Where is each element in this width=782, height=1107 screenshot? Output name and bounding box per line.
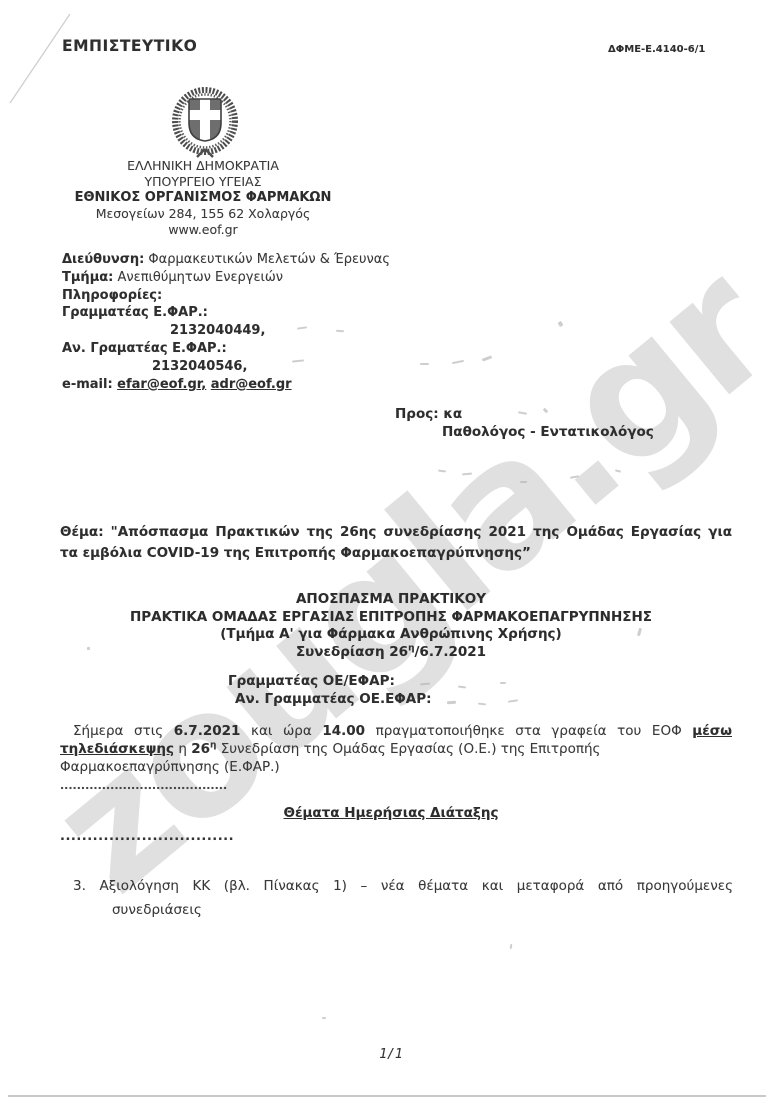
redaction-artifact bbox=[500, 682, 506, 684]
body-paragraph-line-2: τηλεδιάσκεψης η 26η Συνεδρίαση της Ομάδα… bbox=[60, 740, 732, 758]
letterhead: ΕΛΛΗΝΙΚΗ ΔΗΜΟΚΡΑΤΙΑ ΥΠΟΥΡΓΕΙΟ ΥΓΕΙΑΣ ΕΘΝ… bbox=[59, 158, 347, 238]
letterhead-website: www.eof.gr bbox=[59, 222, 347, 238]
redaction-artifact bbox=[615, 469, 621, 472]
redaction-artifact bbox=[322, 1017, 326, 1019]
minutes-header: ΑΠΟΣΠΑΣΜΑ ΠΡΑΚΤΙΚΟΥ ΠΡΑΚΤΙΚΑ ΟΜΑΔΑΣ ΕΡΓΑ… bbox=[0, 591, 782, 661]
contact-department: Τμήμα: Ανεπιθύμητων Ενεργειών bbox=[62, 269, 492, 287]
contact-info-label: Πληροφορίες: bbox=[62, 287, 492, 305]
body-paragraph-line-1: Σήμερα στις 6.7.2021 και ώρα 14.00 πραγμ… bbox=[73, 722, 732, 740]
redaction-artifact bbox=[87, 647, 90, 650]
body-paragraph-line-3: Φαρμακοεπαγρύπνησης (Ε.ΦΑΡ.) bbox=[60, 758, 732, 776]
redaction-artifact bbox=[438, 469, 446, 472]
letterhead-address: Μεσογείων 284, 155 62 Χολαργός bbox=[59, 206, 347, 222]
contact-directorate: Διεύθυνση: Φαρμακευτικών Μελετών & Έρευν… bbox=[62, 251, 492, 269]
confidential-stamp: ΕΜΠΙΣΤΕΥΤΙΚΟ bbox=[62, 37, 197, 55]
email-secondary: adr@eof.gr bbox=[211, 377, 292, 392]
redaction-artifact bbox=[570, 475, 579, 479]
minutes-title: ΑΠΟΣΠΑΣΜΑ ΠΡΑΚΤΙΚΟΥ bbox=[0, 591, 782, 609]
contact-secretary-label: Γραμματέας Ε.ΦΑΡ.: bbox=[62, 304, 492, 322]
minutes-section: (Τμήμα Α' για Φάρμακα Ανθρώπινης Χρήσης) bbox=[0, 626, 782, 644]
page-number: 1/1 bbox=[0, 1047, 782, 1062]
minutes-deputy-secretary-label: Αν. Γραμματέας ΟΕ.ΕΦΑΡ: bbox=[235, 691, 432, 707]
redaction-artifact bbox=[458, 685, 466, 688]
letterhead-organization: ΕΘΝΙΚΟΣ ΟΡΓΑΝΙΣΜΟΣ ΦΑΡΜΑΚΩΝ bbox=[59, 190, 347, 206]
greek-coat-of-arms-icon bbox=[170, 87, 240, 161]
subject-line-1: Θέμα: "Απόσπασμα Πρακτικών της 26ης συνε… bbox=[60, 524, 732, 540]
recipient-block: Προς: κα Παθολόγος - Εντατικολόγος bbox=[395, 405, 654, 441]
redaction-artifact bbox=[420, 683, 430, 686]
minutes-secretary-label: Γραμματέας ΟΕ/ΕΦΑΡ: bbox=[228, 673, 395, 689]
agenda-item-3-line-1: 3. Αξιολόγηση ΚΚ (βλ. Πίνακας 1) – νέα θ… bbox=[73, 878, 733, 894]
contact-deputy-label: Αν. Γραματέας Ε.ΦΑΡ.: bbox=[62, 340, 492, 358]
scan-bottom-edge bbox=[8, 1095, 766, 1097]
scanned-document-page: zougla.gr ΕΜΠΙΣΤΕΥΤΙΚΟ ΔΦΜΕ-Ε.4140-6/1 bbox=[0, 0, 782, 1107]
email-primary: efar@eof.gr, bbox=[117, 377, 206, 392]
redaction-artifact bbox=[128, 768, 132, 771]
agenda-heading: Θέματα Ημερήσιας Διάταξης bbox=[0, 805, 782, 821]
redaction-artifact bbox=[508, 699, 518, 702]
contact-deputy-phone: 2132040546, bbox=[62, 358, 492, 376]
dotted-separator-1: ........................................ bbox=[60, 779, 227, 792]
minutes-subtitle: ΠΡΑΚΤΙΚΑ ΟΜΑΔΑΣ ΕΡΓΑΣΙΑΣ ΕΠΙΤΡΟΠΗΣ ΦΑΡΜΑ… bbox=[0, 609, 782, 627]
redaction-artifact bbox=[558, 321, 564, 327]
agenda-item-3-line-2: συνεδριάσεις bbox=[112, 902, 202, 918]
contact-secretary-phone: 2132040449, bbox=[62, 322, 492, 340]
recipient-specialty: Παθολόγος - Εντατικολόγος bbox=[395, 423, 654, 441]
redaction-artifact bbox=[510, 944, 513, 949]
redaction-artifact bbox=[420, 363, 429, 365]
redaction-artifact bbox=[520, 481, 527, 483]
subject-line-2: τα εμβόλια COVID-19 της Επιτροπής Φαρμακ… bbox=[60, 545, 732, 561]
dotted-separator-2: ................................ bbox=[60, 829, 234, 844]
document-content: ΕΜΠΙΣΤΕΥΤΙΚΟ ΔΦΜΕ-Ε.4140-6/1 bbox=[0, 0, 782, 1107]
reference-code: ΔΦΜΕ-Ε.4140-6/1 bbox=[608, 44, 705, 55]
redaction-artifact bbox=[478, 703, 486, 706]
redaction-artifact bbox=[447, 701, 456, 705]
letterhead-state: ΕΛΛΗΝΙΚΗ ΔΗΜΟΚΡΑΤΙΑ bbox=[59, 158, 347, 174]
redaction-artifact bbox=[462, 473, 472, 476]
contact-block: Διεύθυνση: Φαρμακευτικών Μελετών & Έρευν… bbox=[62, 251, 492, 393]
letterhead-ministry: ΥΠΟΥΡΓΕΙΟ ΥΓΕΙΑΣ bbox=[59, 174, 347, 190]
contact-email-line: e-mail: efar@eof.gr, adr@eof.gr bbox=[62, 376, 492, 394]
minutes-session: Συνεδρίαση 26η/6.7.2021 bbox=[0, 644, 782, 662]
